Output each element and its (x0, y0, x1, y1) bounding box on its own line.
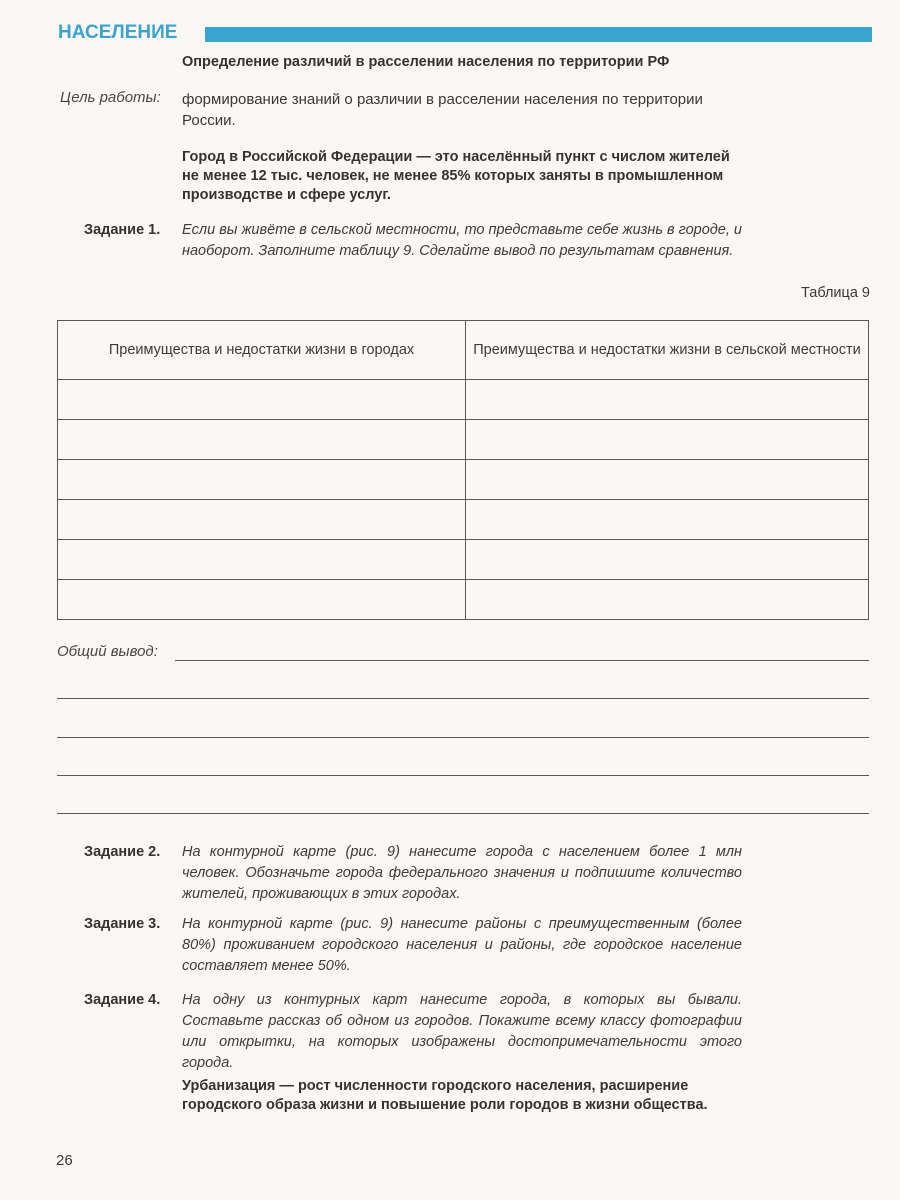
cell-city[interactable] (58, 540, 466, 580)
task-label: Задание 3. (84, 914, 160, 935)
definition-city: Город в Российской Федерации — это насел… (182, 148, 742, 205)
comparison-table: Преимущества и недостатки жизни в города… (57, 320, 869, 620)
task-label: Задание 2. (84, 842, 160, 863)
section-title: НАСЕЛЕНИЕ (58, 22, 177, 44)
cell-city[interactable] (58, 500, 466, 540)
task-text: На контурной карте (рис. 9) нанесите гор… (182, 842, 742, 905)
conclusion-write-line[interactable] (57, 698, 869, 699)
column-header-city: Преимущества и недостатки жизни в города… (58, 321, 466, 380)
cell-rural[interactable] (466, 500, 869, 540)
cell-rural[interactable] (466, 380, 869, 420)
task-text: На контурной карте (рис. 9) нанесите рай… (182, 914, 742, 977)
table-row (58, 500, 869, 540)
column-header-rural: Преимущества и недостатки жизни в сельск… (466, 321, 869, 380)
page-number: 26 (56, 1152, 73, 1169)
goal-label: Цель работы: (60, 89, 161, 106)
conclusion-write-line[interactable] (57, 775, 869, 776)
cell-rural[interactable] (466, 540, 869, 580)
header-accent-bar (205, 27, 872, 42)
table-row (58, 540, 869, 580)
conclusion-write-line[interactable] (57, 737, 869, 738)
cell-city[interactable] (58, 460, 466, 500)
conclusion-write-line[interactable] (175, 660, 869, 661)
cell-rural[interactable] (466, 580, 869, 620)
conclusion-write-line[interactable] (57, 813, 869, 814)
task-label: Задание 1. (84, 220, 160, 241)
section-header: НАСЕЛЕНИЕ (58, 24, 872, 46)
cell-city[interactable] (58, 580, 466, 620)
cell-city[interactable] (58, 420, 466, 460)
table-row (58, 420, 869, 460)
goal-text: формирование знаний о различии в расселе… (182, 89, 742, 131)
work-title: Определение различий в расселении населе… (182, 54, 669, 70)
cell-rural[interactable] (466, 420, 869, 460)
definition-urbanization: Урбанизация — рост численности городског… (182, 1077, 742, 1115)
cell-rural[interactable] (466, 460, 869, 500)
task-text: Если вы живёте в сельской местности, то … (182, 220, 742, 262)
table-row (58, 380, 869, 420)
table-row (58, 460, 869, 500)
task-label: Задание 4. (84, 990, 160, 1011)
table-row (58, 580, 869, 620)
conclusion-label: Общий вывод: (57, 643, 158, 660)
task-text: На одну из контурных карт нанесите город… (182, 990, 742, 1074)
table-caption: Таблица 9 (801, 285, 870, 301)
cell-city[interactable] (58, 380, 466, 420)
